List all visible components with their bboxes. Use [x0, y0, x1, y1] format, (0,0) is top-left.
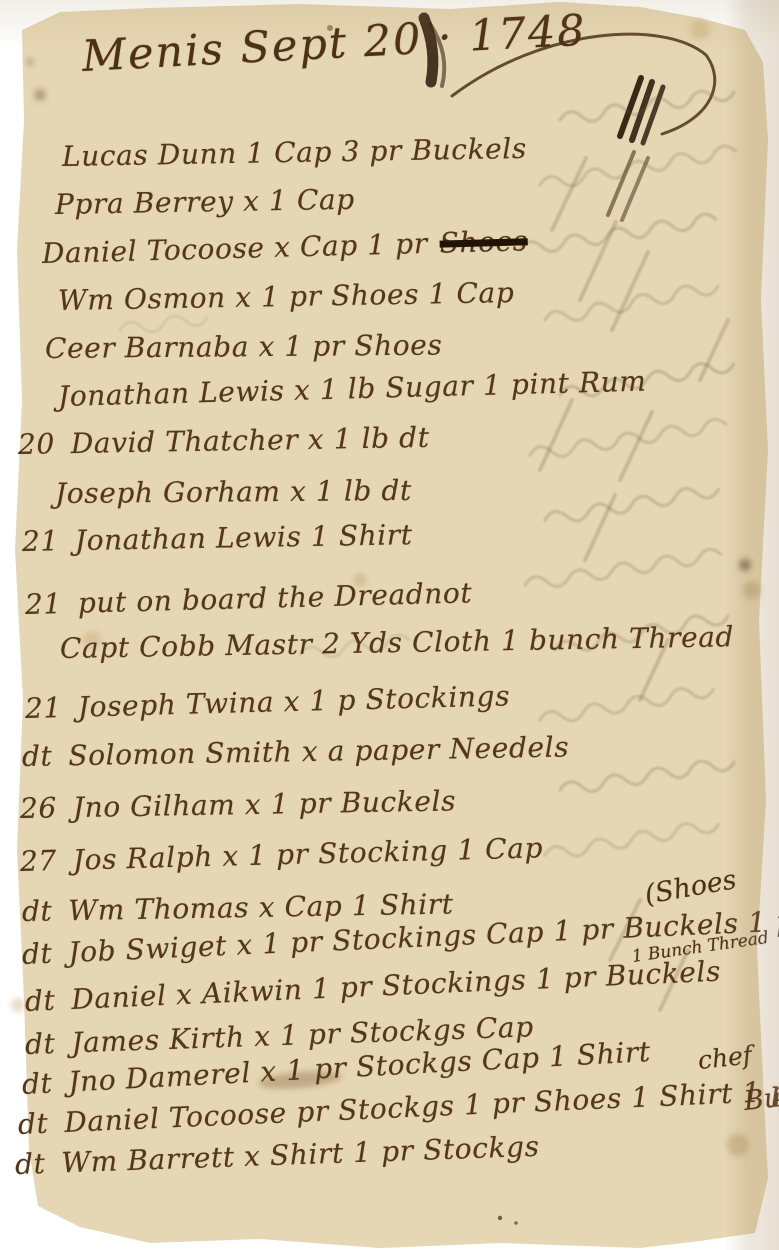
ledger-line: Ppra Berrey x 1 Cap — [55, 183, 355, 221]
entry-text: Jno Gilham x 1 pr Buckels — [73, 784, 457, 824]
margin-note: Bu — [742, 1082, 779, 1117]
margin-note: chef — [696, 1040, 753, 1075]
day-label: dt — [17, 1107, 49, 1141]
day-label: 21 — [25, 587, 63, 621]
day-label: 26 — [20, 791, 57, 825]
day-label: 21 — [25, 691, 63, 725]
day-label: dt — [22, 739, 53, 773]
entry-text: David Thatcher x 1 lb dt — [71, 421, 430, 460]
day-label: 21 — [22, 524, 59, 558]
entry-text: Joseph Gorham x 1 lb dt — [55, 474, 412, 510]
day-label: dt — [24, 1027, 56, 1061]
photograph-backdrop: Menis Sept 20 · 1748 Lucas Dunn 1 Cap 3 … — [0, 0, 779, 1250]
ledger-line: Ceer Barnaba x 1 pr Shoes — [45, 329, 443, 365]
ledger-line: Joseph Gorham x 1 lb dt — [55, 474, 412, 510]
day-label: dt — [14, 1147, 46, 1181]
day-label: dt — [21, 1066, 53, 1101]
struck-text: Shoes — [439, 224, 528, 259]
ledger-line: 21Jonathan Lewis 1 Shirt — [22, 518, 413, 558]
day-label: dt — [24, 984, 56, 1018]
entry-text: Ceer Barnaba x 1 pr Shoes — [45, 329, 443, 365]
day-label: dt — [21, 937, 53, 971]
day-label: dt — [22, 894, 53, 928]
entry-text: Ppra Berrey x 1 Cap — [55, 183, 355, 221]
day-label: 27 — [20, 844, 58, 878]
entry-text: Jonathan Lewis 1 Shirt — [75, 518, 413, 557]
day-label: 20 — [18, 427, 55, 461]
